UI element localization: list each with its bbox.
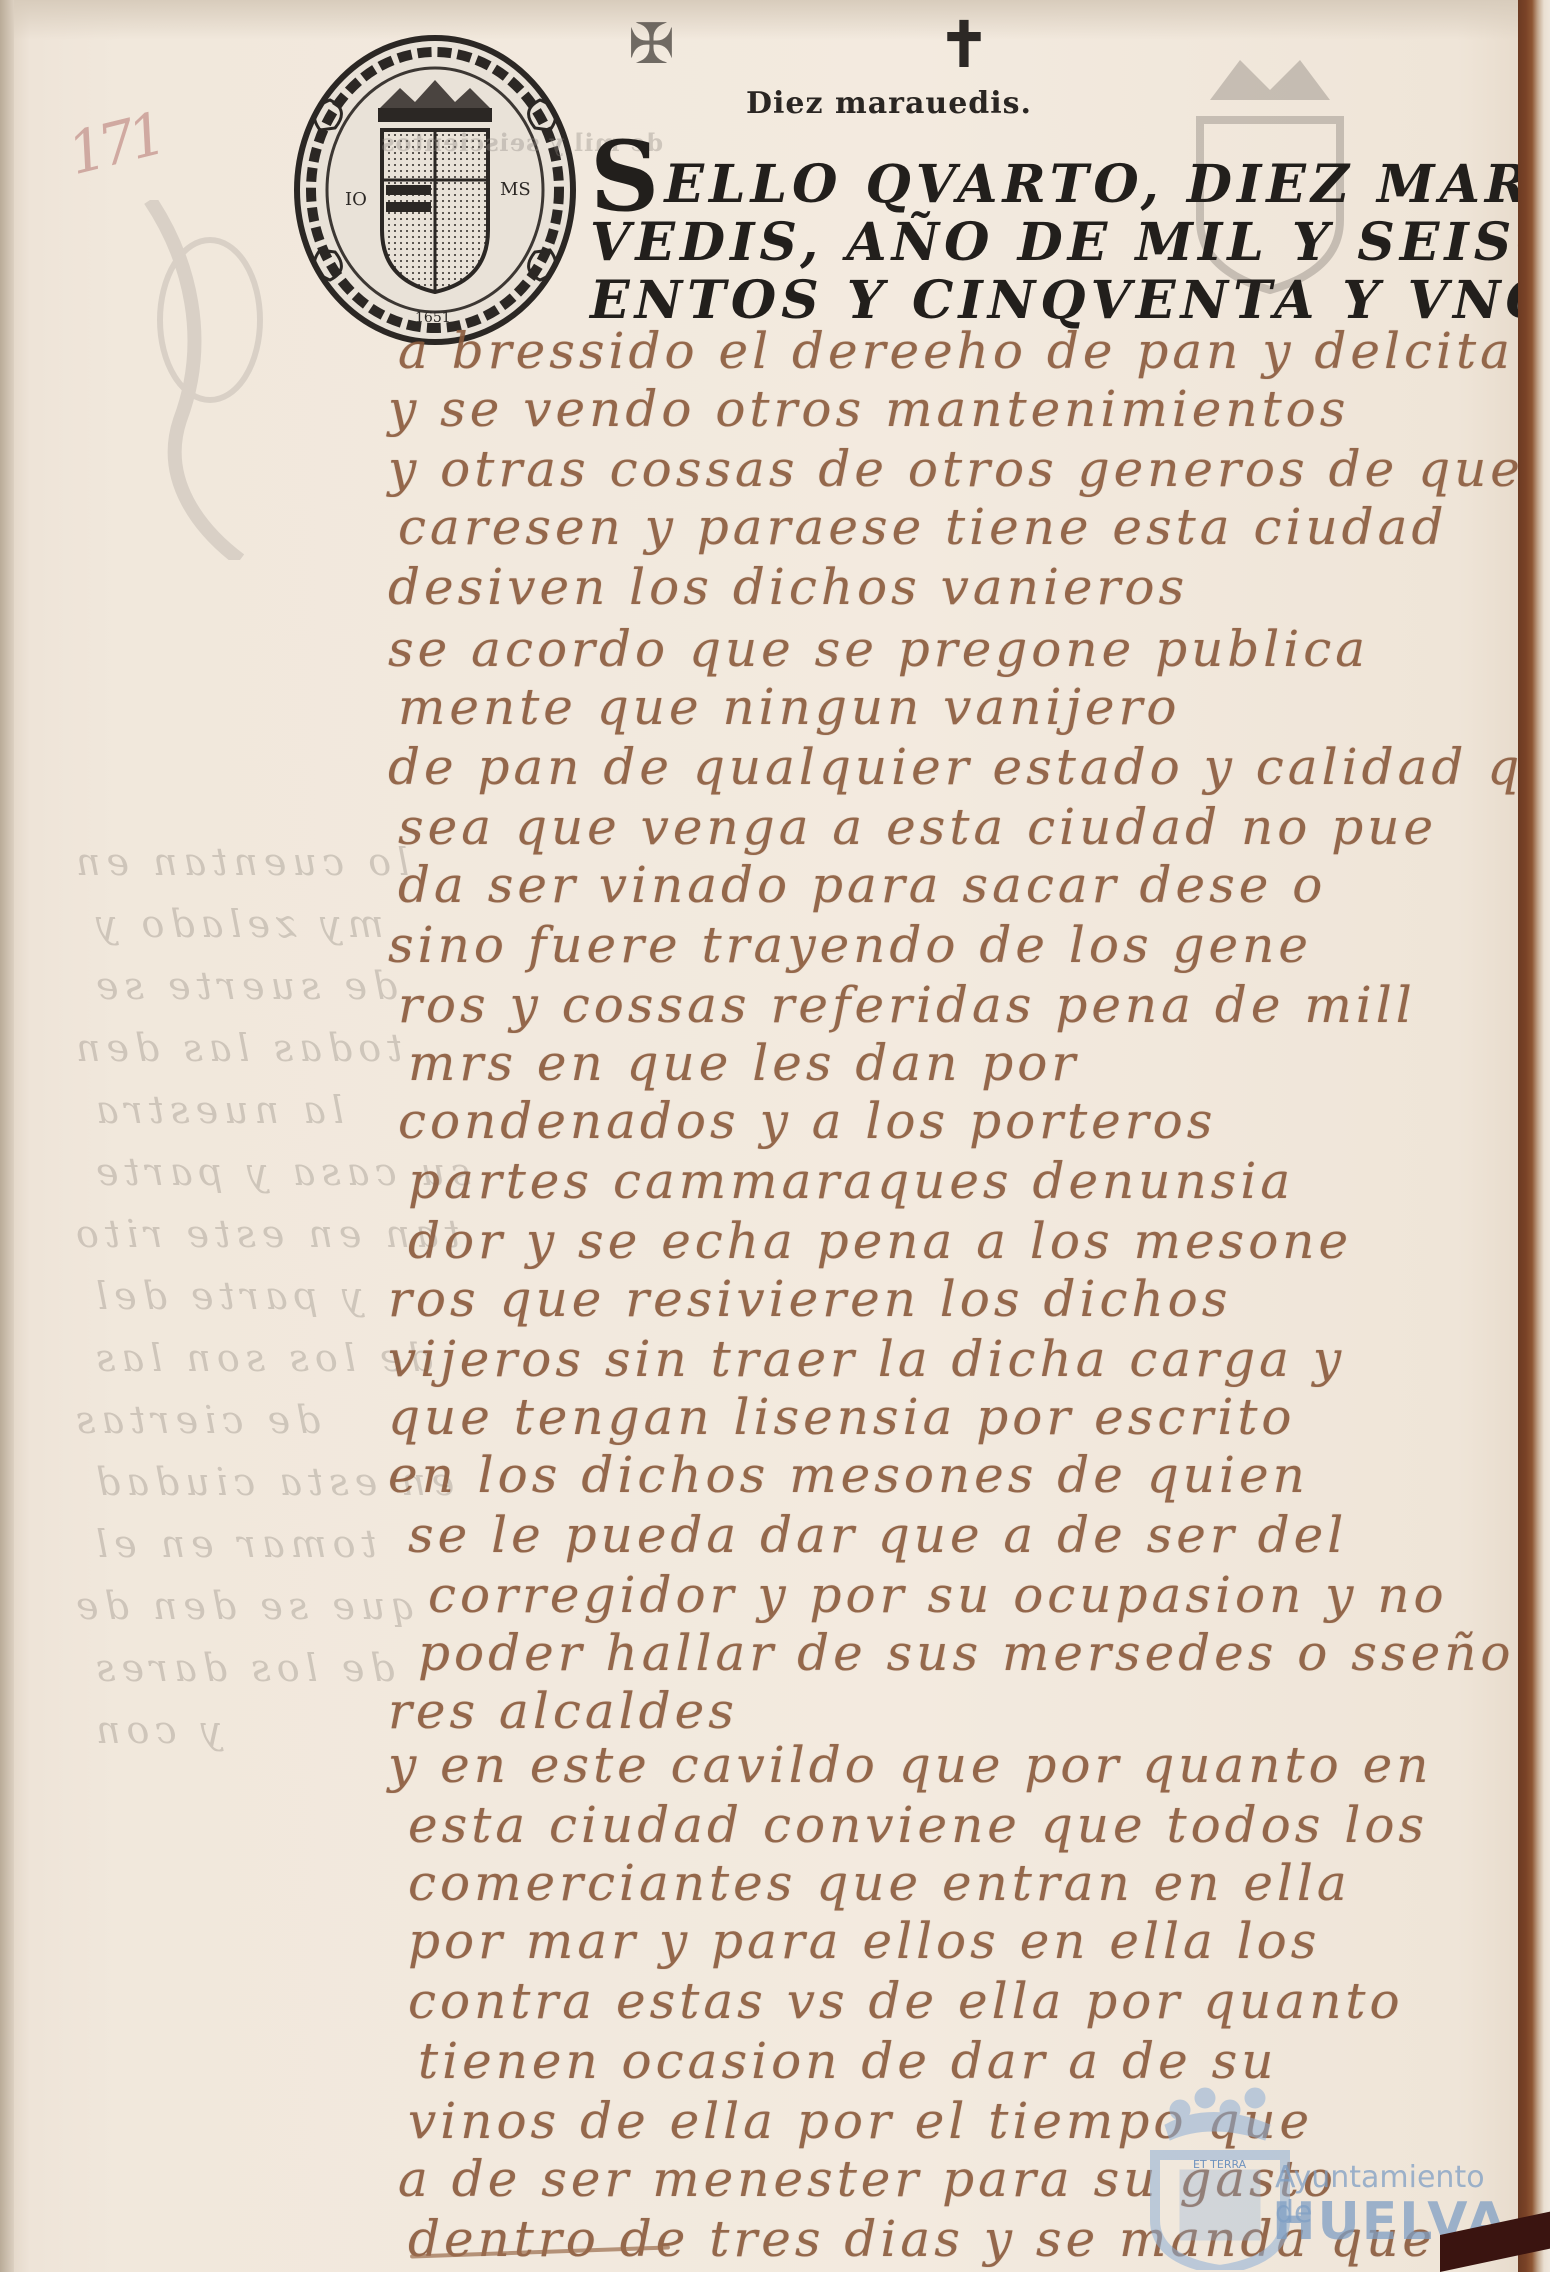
stamp-heading-line-1: SELLO QVARTO, DIEZ MARA- [590,148,1490,214]
bleed-through-seal-icon [90,200,290,560]
manuscript-line: y se vendo otros mantenimientos [388,380,1349,438]
svg-text:ET TERRA: ET TERRA [1193,2158,1247,2171]
bleed-through-line: de los son las [90,1336,433,1380]
manuscript-line: dor y se echa pena a los mesone [408,1212,1352,1270]
manuscript-line: corregidor y por su ocupasion y no [428,1566,1448,1624]
manuscript-line: de pan de qualquier estado y calidad que [388,738,1550,796]
manuscript-line: ros y cossas referidas pena de mill [398,976,1416,1034]
manuscript-line: en los dichos mesones de quien [388,1446,1309,1504]
manuscript-line: mrs en que les dan por [408,1034,1079,1092]
manuscript-line: sino fuere trayendo de los gene [388,916,1312,974]
bleed-through-line: todas las den [70,1026,402,1070]
manuscript-line: vijeros sin traer la dicha carga y [388,1330,1345,1388]
bleed-through-line: tomar en el [90,1522,377,1566]
bleed-through-line: de ciertas [70,1398,320,1442]
manuscript-line: a bressido el dereeho de pan y delcita [398,322,1514,380]
stamp-cross-icon: ✝ [938,8,990,81]
manuscript-page: 171 IO MS 1651 ✠ ✝ [0,0,1518,2272]
manuscript-line: se le pueda dar que a de ser del [408,1506,1347,1564]
manuscript-line: poder hallar de sus mersedes o sseño [418,1624,1515,1682]
royal-seal-icon: IO MS 1651 [290,30,580,350]
svg-text:MS: MS [500,179,531,200]
bleed-through-line: la nuestra [90,1088,344,1132]
bleed-through-line: lo cuentan en [70,840,409,884]
manuscript-line: esta ciudad conviene que todos los [408,1796,1428,1854]
manuscript-line: ros que resivieren los dichos [388,1270,1231,1328]
manuscript-line: mente que ningun vanijero [398,678,1181,736]
manuscript-line: comerciantes que entran en ella [408,1854,1351,1912]
bleed-through-line: y con [90,1708,222,1752]
manuscript-line: sea que venga a esta ciudad no pue [398,798,1437,856]
manuscript-line: da ser vinado para sacar dese o [398,856,1326,914]
bleed-through-line: tan en este rito [70,1212,460,1256]
manuscript-line: desiven los dichos vanieros [388,558,1188,616]
manuscript-line: res alcaldes [388,1682,738,1740]
faint-cross-icon: ✠ [628,12,675,77]
manuscript-line: se acordo que se pregone publica [388,620,1369,678]
bleed-through-line: y parte del [90,1274,364,1318]
manuscript-line: que tengan lisensia por escrito [388,1388,1296,1446]
manuscript-line: partes cammaraques denunsia [408,1152,1294,1210]
svg-text:IO: IO [345,189,367,210]
manuscript-line: caresen y paraese tiene esta ciudad [398,498,1447,556]
bleed-through-line: de los dares [90,1646,395,1690]
page-left-edge [0,0,14,2272]
bleed-through-line: de suerte se [90,964,397,1008]
manuscript-line: contra estas vs de ella por quanto [408,1972,1404,2030]
stamp-value-line: Diez marauedis. [0,86,1518,121]
stamp-heading: SELLO QVARTO, DIEZ MARA- VEDIS, AÑO DE M… [590,148,1490,330]
manuscript-line: y otras cossas de otros generos de que [388,440,1524,498]
manuscript-line: condenados y a los porteros [398,1092,1216,1150]
manuscript-line: y en este cavildo que por quanto en [388,1736,1432,1794]
manuscript-line: por mar y para ellos en ella los [408,1912,1320,1970]
bleed-through-line: que se den de [70,1584,416,1628]
stamp-value-text: Diez marauedis. [746,86,1032,121]
bleed-through-line: my zelado y [90,902,384,946]
stamp-heading-line-2: VEDIS, AÑO DE MIL Y SEISCI- [590,214,1490,272]
book-binding [1518,0,1550,2272]
